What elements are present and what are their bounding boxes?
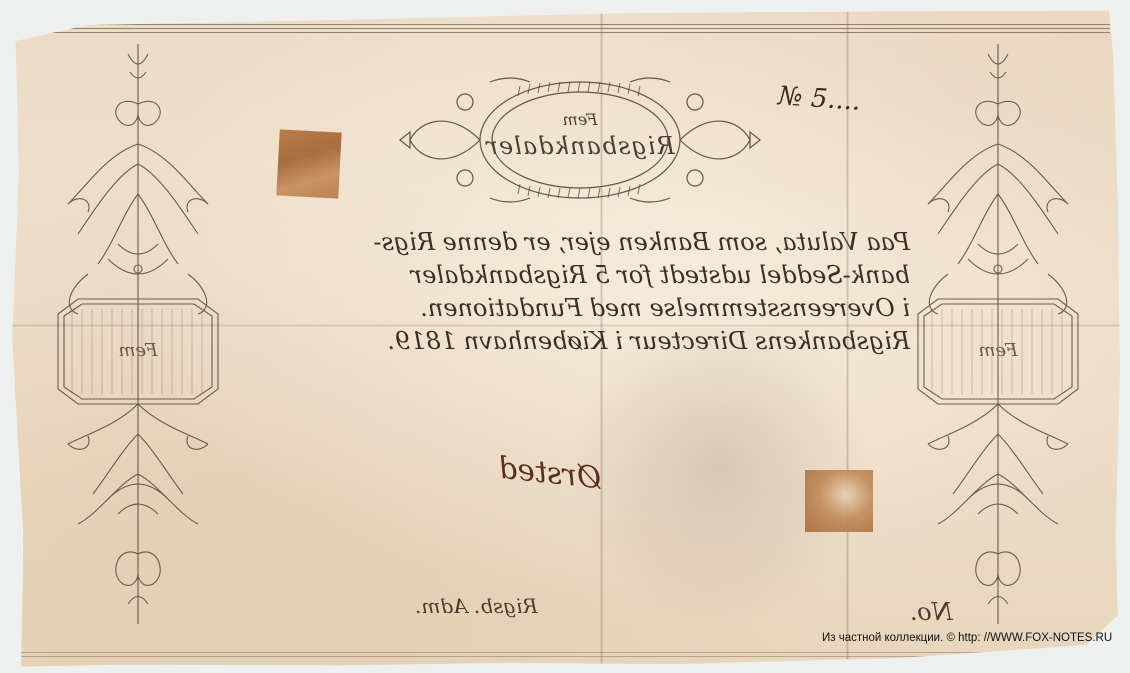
bottom-border: [20, 652, 1110, 660]
left-value-panel: Fem: [63, 308, 213, 398]
body-line-3: i Overeensstemmelse med Fundationen.: [350, 294, 910, 327]
mirrored-body-text: Paa Valuta, som Banken ejer, er denne Ri…: [350, 228, 910, 360]
body-line-2: bank-Seddel udstedt for 5 Rigsbankdaler: [350, 261, 910, 294]
cartouche-line-2: Rigsbankdaler: [390, 132, 770, 160]
top-border: [50, 24, 1110, 36]
cartouche-line-1: Fem: [390, 110, 770, 129]
tape-patch-bottom: [805, 470, 873, 532]
left-panel-text: Fem: [63, 340, 213, 361]
watermark-caption: Из частной коллекции. © http: //WWW.FOX-…: [822, 632, 1112, 644]
banknote-image: Fem: [10, 8, 1120, 668]
body-line-4: Rigsbankens Directeur i Kiøbenhavn 1819.: [350, 327, 910, 360]
signature-bottom: Rigsb. Adm.: [415, 594, 538, 618]
serial-number: № 5....: [777, 81, 861, 117]
right-panel-text: Fem: [923, 340, 1073, 361]
body-line-1: Paa Valuta, som Banken ejer, er denne Ri…: [350, 228, 910, 261]
number-label: No.: [910, 598, 953, 626]
right-value-panel: Fem: [923, 308, 1073, 398]
value-cartouche: Fem Rigsbankdaler: [390, 70, 770, 210]
tape-patch-top: [276, 129, 341, 198]
